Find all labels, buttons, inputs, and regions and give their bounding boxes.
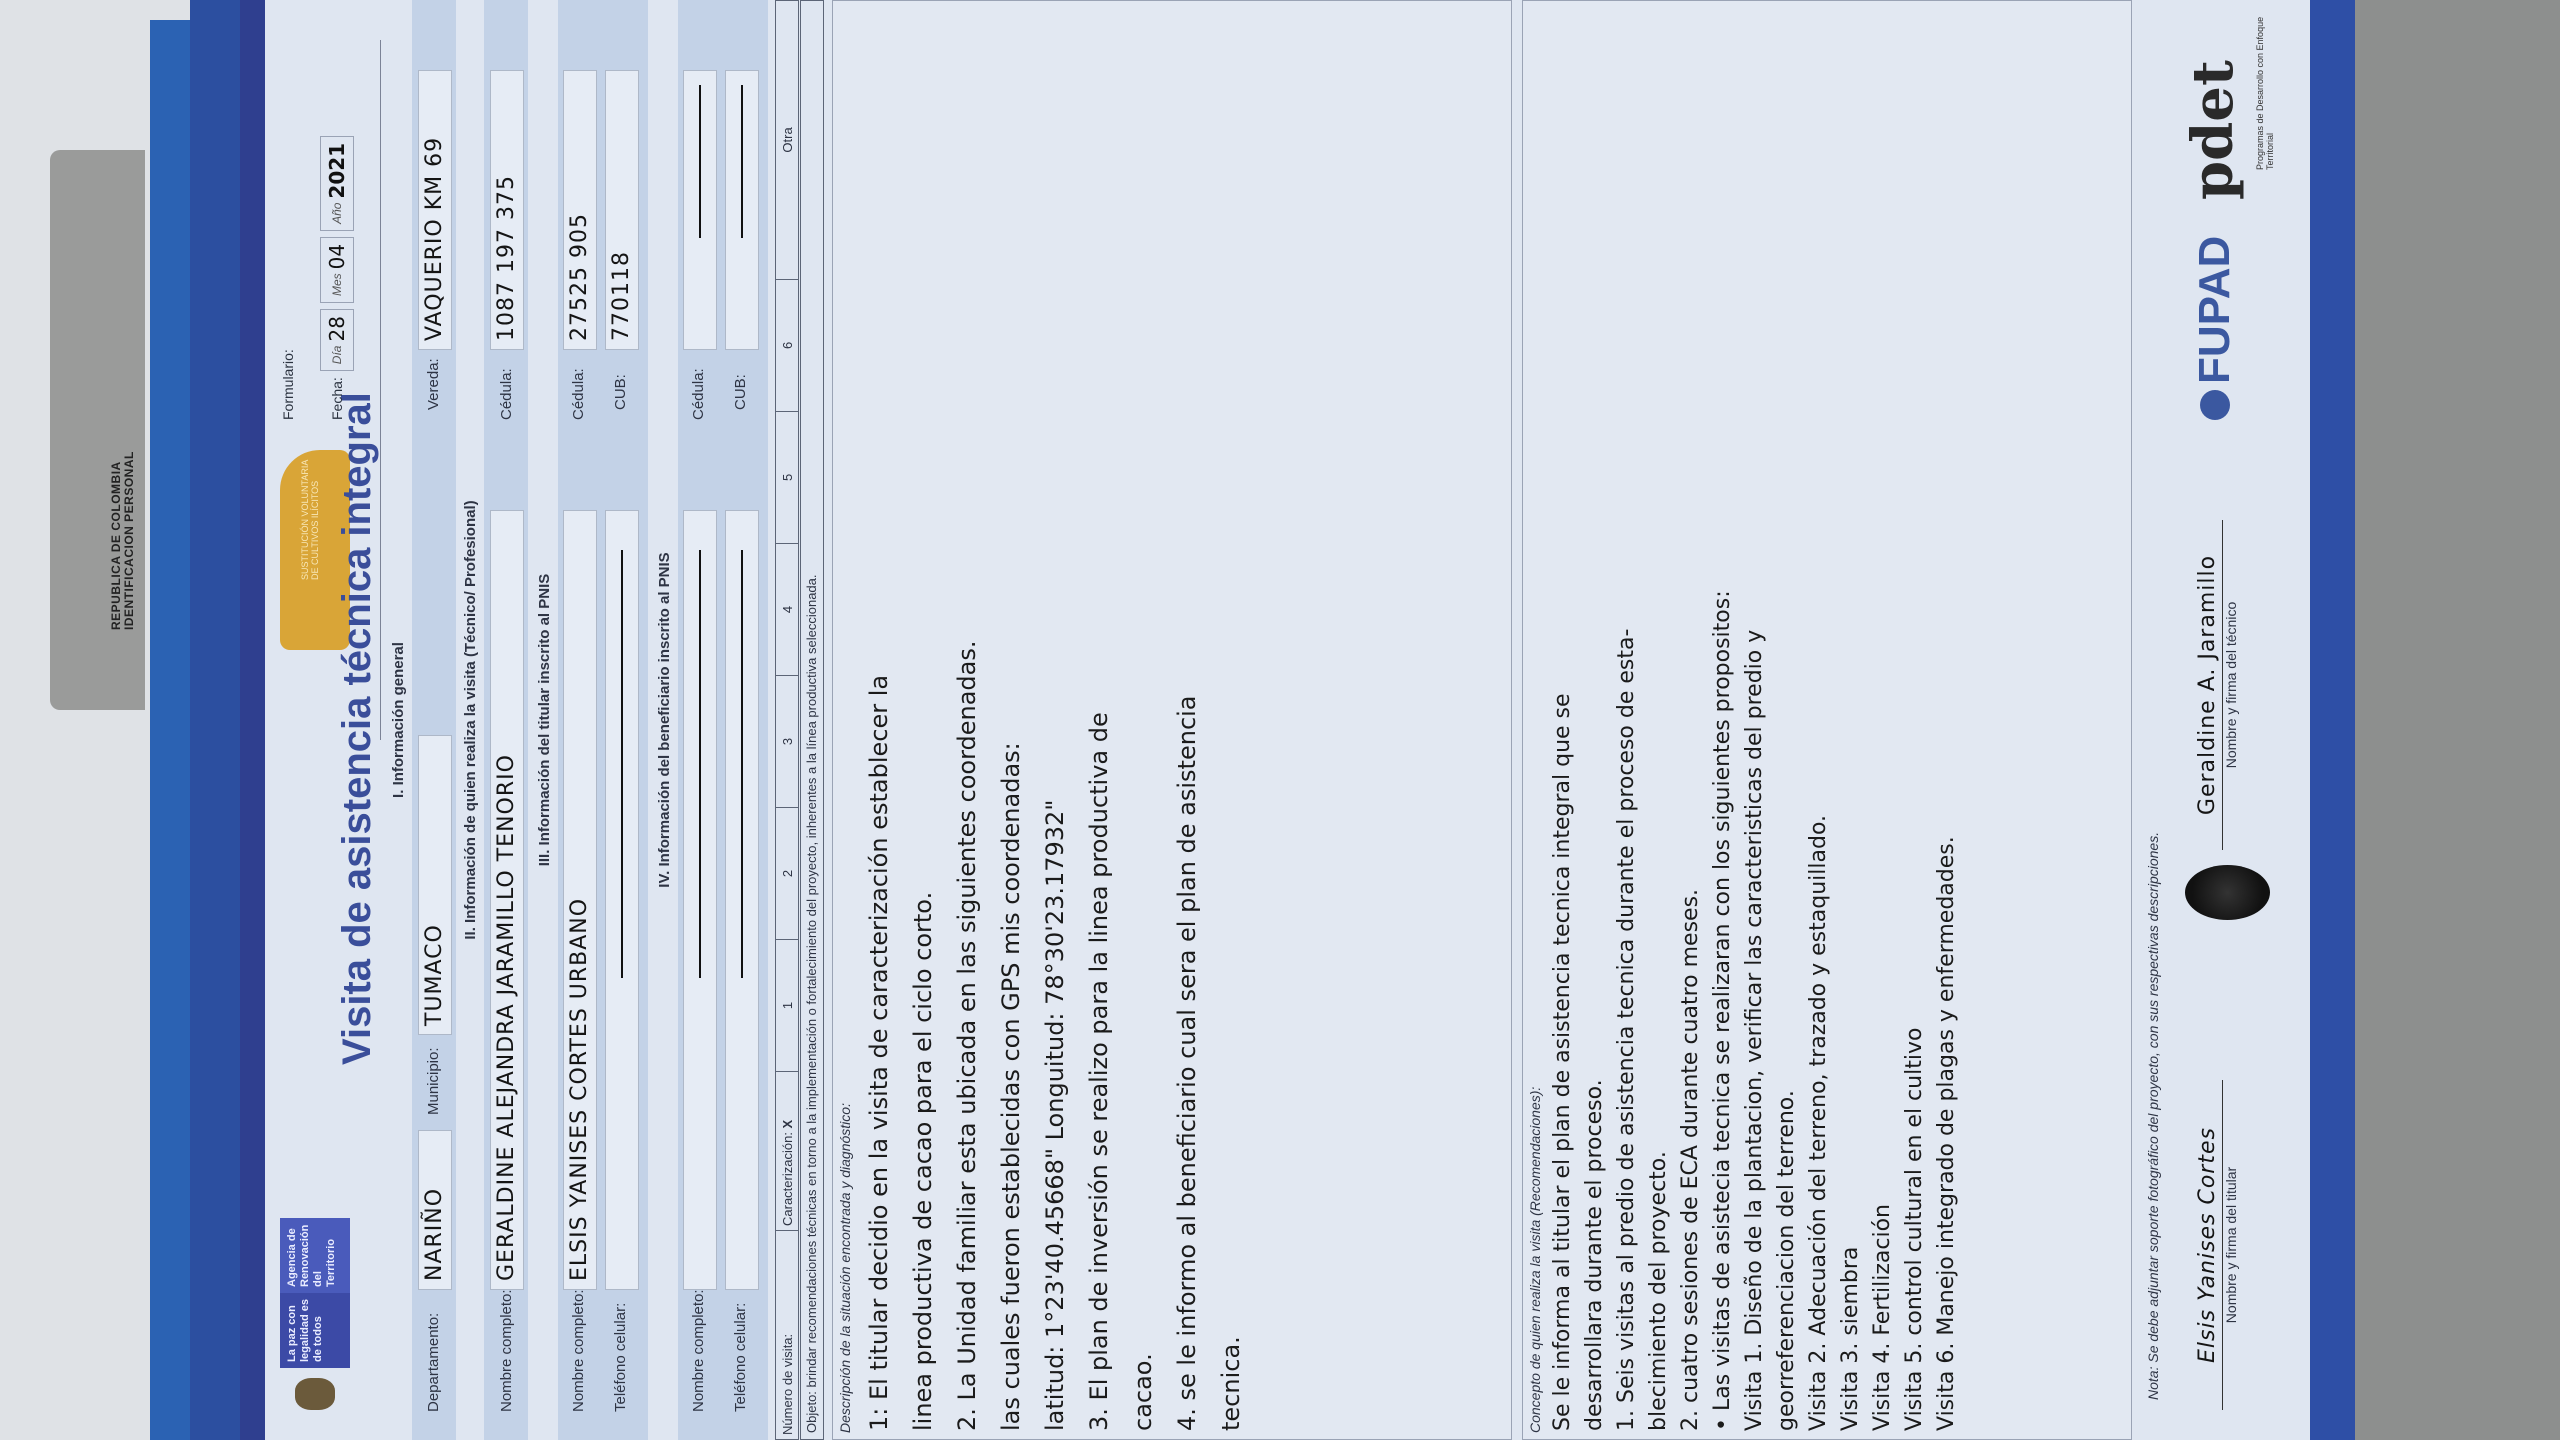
handwritten-line: 1. Seis visitas al predio de asistencia … xyxy=(1611,9,1643,1431)
titular-signature: Elsis Yanises Cortes xyxy=(2195,1080,2223,1410)
beneficiario-telefono-field[interactable] xyxy=(725,510,759,1290)
dia-field[interactable]: Día 28 xyxy=(320,309,354,371)
handwritten-line: latitud: 1°23'40.45668" Longuitud: 78°30… xyxy=(1033,9,1077,1431)
beneficiario-cub-label: CUB: xyxy=(732,374,749,410)
handwritten-line: • Las visitas de asistecia tecnica se re… xyxy=(1707,9,1739,1431)
titular-cub-label: CUB: xyxy=(612,374,629,410)
handwritten-line: Se le informa al titular el plan de asis… xyxy=(1547,9,1579,1431)
section-4-title: IV. Información del beneficiario inscrit… xyxy=(656,0,673,1440)
handwritten-line: 2. La Unidad familiar esta ubicada en la… xyxy=(945,9,989,1431)
descripcion-box[interactable]: Descripción de la situación encontrada y… xyxy=(832,0,1512,1440)
beneficiario-nombre-field[interactable] xyxy=(683,510,717,1290)
fecha-row: Fecha: Día 28 Mes 04 Año 2021 xyxy=(320,136,354,420)
visit-number-table: Número de visita: Caracterización: X 1 2… xyxy=(775,0,799,1440)
beneficiario-telefono-label: Teléfono celular: xyxy=(732,1303,749,1412)
handwritten-line: 4. se le informo al beneficiario cual se… xyxy=(1165,9,1209,1431)
handwritten-line: las cuales fueron establecidas con GPS m… xyxy=(989,9,1033,1431)
page-title: Visita de asistencia técnica integral xyxy=(335,392,380,1065)
handwritten-line: blecimiento del proyecto. xyxy=(1643,9,1675,1431)
handwritten-line: georreferenciacion del terreno. xyxy=(1771,9,1803,1431)
tecnico-caption: Nombre y firma del técnico xyxy=(2223,520,2239,850)
nota-text: Nota: Se debe adjuntar soporte fotográfi… xyxy=(2145,832,2161,1400)
numero-visita-label: Número de visita: xyxy=(776,1231,799,1440)
fupad-logo: FUPAD xyxy=(2190,236,2240,420)
section-1-title: I. Información general xyxy=(390,0,407,1440)
tecnico-cedula-field[interactable]: 1087 197 375 xyxy=(490,70,524,350)
visit-col-5[interactable]: 5 xyxy=(776,411,799,543)
fingerprint xyxy=(2185,865,2270,920)
handwritten-line: cacao. xyxy=(1121,9,1165,1431)
title-divider xyxy=(380,40,381,740)
globe-icon xyxy=(2200,390,2230,420)
caracterizacion-mark: X xyxy=(780,1120,795,1129)
titular-cedula-field[interactable]: 27525 905 xyxy=(563,70,597,350)
handwritten-line: Visita 2. Adecuación del terreno, trazad… xyxy=(1803,9,1835,1431)
blank-dash xyxy=(621,550,623,978)
concepto-text: Se le informa al titular el plan de asis… xyxy=(1547,9,1963,1431)
tecnico-signature-block: Geraldine A. Jaramillo Nombre y firma de… xyxy=(2195,520,2239,850)
visit-col-3[interactable]: 3 xyxy=(776,675,799,807)
section-3-title: III. Información del titular inscrito al… xyxy=(536,0,553,1440)
id-card-text: REPUBLICA DE COLOMBIA IDENTIFICACION PER… xyxy=(110,380,150,630)
handwritten-line: Visita 5. control cultural en el cultivo xyxy=(1899,9,1931,1431)
visit-col-6[interactable]: 6 xyxy=(776,279,799,411)
vereda-label: Vereda: xyxy=(425,358,442,410)
titular-nombre-label: Nombre completo: xyxy=(570,1289,587,1412)
titular-signature-block: Elsis Yanises Cortes Nombre y firma del … xyxy=(2195,1080,2239,1410)
tecnico-signature: Geraldine A. Jaramillo xyxy=(2195,520,2223,850)
handwritten-line: Visita 4. Fertilización xyxy=(1867,9,1899,1431)
fabric-surface xyxy=(2355,0,2560,1440)
handwritten-line: Visita 3. siembra xyxy=(1835,9,1867,1431)
municipio-label: Municipio: xyxy=(425,1047,442,1115)
caracterizacion-cell[interactable]: Caracterización: X xyxy=(776,1072,799,1231)
handwritten-line: 3. El plan de inversión se realizo para … xyxy=(1077,9,1121,1431)
handwritten-line: 1: El titular decidio en la visita de ca… xyxy=(857,9,901,1431)
formulario-label: Formulario: xyxy=(280,349,296,420)
section-2-title: II. Información de quien realiza la visi… xyxy=(462,0,479,1440)
fecha-label: Fecha: xyxy=(329,377,345,420)
concepto-label: Concepto de quien realiza la visita (Rec… xyxy=(1527,1087,1543,1433)
handwritten-line: desarrollara durante el proceso. xyxy=(1579,9,1611,1431)
mes-field[interactable]: Mes 04 xyxy=(320,237,354,303)
handwritten-line: Visita 6. Manejo integrado de plagas y e… xyxy=(1931,9,1963,1431)
anio-field[interactable]: Año 2021 xyxy=(320,136,354,231)
vereda-field[interactable]: VAQUERIO KM 69 xyxy=(418,70,452,350)
handwritten-line: 2. cuatro sesiones de ECA durante cuatro… xyxy=(1675,9,1707,1431)
titular-telefono-label: Teléfono celular: xyxy=(612,1303,629,1412)
handwritten-line: linea productiva de cacao para el ciclo … xyxy=(901,9,945,1431)
titular-telefono-field[interactable] xyxy=(605,510,639,1290)
visit-col-otra[interactable]: Otra xyxy=(776,1,799,280)
colombia-crest-icon xyxy=(295,1378,335,1410)
tecnico-nombre-field[interactable]: GERALDINE ALEJANDRA JARAMILLO TENORIO xyxy=(490,510,524,1290)
form-page: La paz con legalidad es de todos Agencia… xyxy=(240,0,2310,1440)
objeto-text: Objeto: brindar recomendaciones técnicas… xyxy=(800,0,824,1440)
titular-caption: Nombre y firma del titular xyxy=(2223,1080,2239,1410)
visit-col-1[interactable]: 1 xyxy=(776,939,799,1071)
beneficiario-cedula-label: Cédula: xyxy=(690,368,707,420)
visit-col-2[interactable]: 2 xyxy=(776,807,799,939)
blue-folder-edge xyxy=(2310,0,2355,1440)
tecnico-nombre-label: Nombre completo: xyxy=(498,1289,515,1412)
departamento-field[interactable]: NARIÑO xyxy=(418,1130,452,1290)
concepto-box[interactable]: Concepto de quien realiza la visita (Rec… xyxy=(1522,0,2132,1440)
visit-col-4[interactable]: 4 xyxy=(776,543,799,675)
departamento-label: Departamento: xyxy=(425,1313,442,1412)
logo-paz-legalidad: La paz con legalidad es de todos xyxy=(280,1293,350,1368)
beneficiario-nombre-label: Nombre completo: xyxy=(690,1289,707,1412)
descripcion-text: 1: El titular decidio en la visita de ca… xyxy=(857,9,1253,1431)
beneficiario-cub-field[interactable] xyxy=(725,70,759,350)
form: La paz con legalidad es de todos Agencia… xyxy=(240,0,2310,1440)
descripcion-label: Descripción de la situación encontrada y… xyxy=(837,1103,853,1433)
handwritten-line: Visita 1. Diseño de la plantacion, verif… xyxy=(1739,9,1771,1431)
pdet-logo: pdet xyxy=(2180,60,2246,200)
tecnico-cedula-label: Cédula: xyxy=(498,368,515,420)
gov-logos: La paz con legalidad es de todos Agencia… xyxy=(280,1218,350,1410)
titular-nombre-field[interactable]: ELSIS YANISES CORTES URBANO xyxy=(563,510,597,1290)
municipio-field[interactable]: TUMACO xyxy=(418,735,452,1035)
titular-cub-field[interactable]: 770118 xyxy=(605,70,639,350)
pdet-subtitle: Programas de Desarrollo con Enfoque Terr… xyxy=(2255,0,2275,170)
beneficiario-cedula-field[interactable] xyxy=(683,70,717,350)
handwritten-line: tecnica. xyxy=(1209,9,1253,1431)
logo-agencia-renovacion: Agencia de Renovación del Territorio xyxy=(280,1218,350,1293)
titular-cedula-label: Cédula: xyxy=(570,368,587,420)
header-band xyxy=(240,0,265,1440)
